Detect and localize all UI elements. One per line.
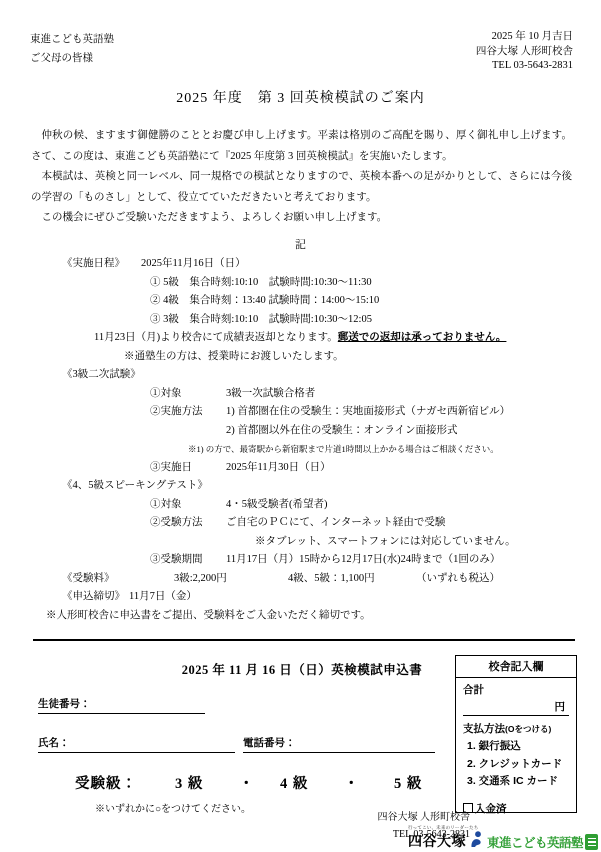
yen-label: 円 <box>555 701 566 713</box>
paid-label: 入金済 <box>475 801 507 816</box>
toshin-mascot-icon <box>585 834 598 850</box>
deadline-label: 《申込締切》 <box>62 588 129 607</box>
greeting-text: 仲秋の候、ますます御健勝のこととお慶び申し上げます。平素は格別のご高配を賜り、厚… <box>31 126 572 229</box>
org-name: 東進こども英語塾 <box>30 30 114 49</box>
ki-marker: 記 <box>0 236 601 252</box>
campus-name: 四谷大塚 人形町校舎 <box>476 45 573 60</box>
student-number-field: 生徒番号： <box>38 696 205 714</box>
campus-tel: TEL 03-5643-2831 <box>476 59 573 74</box>
form-title: 2025 年 11 月 16 日（日）英検模試申込書 <box>100 660 504 678</box>
schedule-date: 2025年11月16日（日） <box>141 258 246 269</box>
letter-header: 東進こども英語塾 ご父母の皆様 2025 年 10 月吉日 四谷大塚 人形町校舎… <box>30 30 573 74</box>
document-page: 東進こども英語塾 ご父母の皆様 2025 年 10 月吉日 四谷大塚 人形町校舎… <box>0 0 601 852</box>
total-label: 合計 <box>463 682 569 697</box>
secondary-exam-heading: 《3級二次試験》 <box>62 366 601 385</box>
sender-block: 東進こども英語塾 ご父母の皆様 <box>30 30 114 74</box>
toshin-kids-logo: 東進こども英語塾 <box>487 833 598 851</box>
grade-option-4: 4 級 <box>280 772 344 793</box>
row-value: 3級一次試験合格者 <box>226 388 315 399</box>
paragraph: 仲秋の候、ますます御健勝のこととお慶び申し上げます。平素は格別のご高配を賜り、厚… <box>31 126 572 167</box>
row-value: 4・5級受験者(希望者) <box>226 499 328 510</box>
secondary-method-row: ②実施方法1) 首都圏在住の受験生：実地面接形式（ナガセ西新宿ビル） <box>150 403 601 422</box>
result-return-row: 11月23日（月)より校舎にて成績表返却となります。郵送での返却は承っておりませ… <box>94 329 601 348</box>
grade-label: 受験級： <box>75 772 175 793</box>
yotsuya-mascot-icon <box>469 831 484 851</box>
secondary-method-note: ※1) の方で、最寄駅から新宿駅まで片道1時間以上かかる場合はご相談ください。 <box>188 440 601 459</box>
deadline-row: 《申込締切》11月7日（金） <box>62 588 601 607</box>
speaking-method-row: ②受験方法ご自宅のＰＣにて、インターネット経由で受験 <box>150 514 601 533</box>
row-value: 2025年11月30日（日） <box>226 462 331 473</box>
payment-method-option: 2. クレジットカード <box>467 756 569 774</box>
phone-label: 電話番号： <box>243 738 296 749</box>
grade-circle-note: ※いずれかに○をつけてください。 <box>95 800 251 815</box>
fee-row: 《受験料》3級:2,200円4級、5級：1,100円（いずれも税込） <box>62 570 601 589</box>
grade-option-5: 5 級 <box>394 776 422 792</box>
row-label: ②実施方法 <box>150 403 226 422</box>
row-value: 1) 首都圏在住の受験生：実地面接形式（ナガセ西新宿ビル） <box>226 406 510 417</box>
student-number-label: 生徒番号： <box>38 699 91 710</box>
phone-field: 電話番号： <box>243 735 435 753</box>
no-mail-return-notice: 郵送での返却は承っておりません。 <box>338 332 507 343</box>
row-label: ③実施日 <box>150 459 226 478</box>
grade-separator: ・ <box>239 772 280 793</box>
speaking-target-row: ①対象4・5級受験者(希望者) <box>150 496 601 515</box>
schedule-label: 《実施日程》 <box>62 255 132 274</box>
speaking-period-row: ③受験期間11月17日（月）15時から12月17日(水)24時まで（1回のみ） <box>150 551 601 570</box>
secondary-method-row-2: 2) 首都圏以外在住の受験生：オンライン面接形式 <box>226 422 601 441</box>
office-box-body: 合計 円 支払方法(Oをつける) 1. 銀行振込 2. クレジットカード 3. … <box>456 678 576 816</box>
issue-date: 2025 年 10 月吉日 <box>476 30 573 45</box>
grade-selection-row: 受験級：3 級・4 級・5 級 <box>75 772 422 793</box>
total-amount-blank: 円 <box>463 697 569 716</box>
paid-checkbox <box>463 803 473 813</box>
grade-option-3: 3 級 <box>175 772 239 793</box>
row-label: ①対象 <box>150 496 226 515</box>
schedule-item: ③ 3級 集合時刻:10:10 試験時間:10:30～12:05 <box>150 311 601 330</box>
paragraph: この機会にぜひご受験いただきますよう、よろしくお願い申し上げます。 <box>31 208 572 229</box>
device-note: ※タブレット、スマートフォンには対応していません。 <box>255 533 601 552</box>
deadline-note: ※人形町校舎に申込書をご提出、受験料をご入金いただく締切です。 <box>46 607 601 626</box>
schedule-row: 《実施日程》2025年11月16日（日） <box>62 255 601 274</box>
name-field: 氏名： <box>38 735 235 753</box>
paragraph: 本模試は、英検と同一レベル、同一規格での模試となりますので、英検本番への足がかり… <box>31 167 572 208</box>
office-box-header: 校舎記入欄 <box>456 656 576 678</box>
schedule-item: ② 4級 集合時刻：13:40 試験時間：14:00～15:10 <box>150 292 601 311</box>
footer-logos: 行ってこい、未来のリーダーたち 四谷大塚 東進こども英語塾 <box>408 825 598 851</box>
secondary-date-row: ③実施日2025年11月30日（日） <box>150 459 601 478</box>
payment-circle-note: (Oをつける) <box>505 724 551 734</box>
addressee: ご父母の皆様 <box>30 49 114 68</box>
schedule-item: ① 5級 集合時刻:10:10 試験時間:10:30～11:30 <box>150 274 601 293</box>
row-label: ③受験期間 <box>150 551 226 570</box>
payment-method-option: 3. 交通系 IC カード <box>467 773 569 791</box>
secondary-target-row: ①対象3級一次試験合格者 <box>150 385 601 404</box>
row-label: ①対象 <box>150 385 226 404</box>
toshin-logotype: 東進こども英語塾 <box>487 833 583 851</box>
grade-separator: ・ <box>344 772 394 793</box>
fee-grade3: 3級:2,200円 <box>174 570 288 589</box>
exam-details: 《実施日程》2025年11月16日（日） ① 5級 集合時刻:10:10 試験時… <box>0 255 601 625</box>
row-label: ②受験方法 <box>150 514 226 533</box>
date-campus-block: 2025 年 10 月吉日 四谷大塚 人形町校舎 TEL 03-5643-283… <box>476 30 573 74</box>
yotsuya-logotype: 四谷大塚 <box>408 831 466 851</box>
deadline-value: 11月7日（金） <box>129 591 197 602</box>
fee-grade45: 4級、5級：1,100円 <box>288 570 416 589</box>
payment-method-option: 1. 銀行振込 <box>467 738 569 756</box>
yotsuya-otsuka-logo: 行ってこい、未来のリーダーたち 四谷大塚 <box>408 825 484 851</box>
row-value: 11月17日（月）15時から12月17日(水)24時まで（1回のみ） <box>226 554 500 565</box>
payment-method-label: 支払方法(Oをつける) <box>463 721 569 736</box>
fee-label: 《受験料》 <box>62 570 174 589</box>
application-form: 2025 年 11 月 16 日（日）英検模試申込書 生徒番号： 氏名： 電話番… <box>0 640 601 852</box>
row-value: ご自宅のＰＣにて、インターネット経由で受験 <box>226 517 445 528</box>
result-return-text: 11月23日（月)より校舎にて成績表返却となります。 <box>94 332 338 343</box>
name-label: 氏名： <box>38 738 70 749</box>
commuter-note: ※通塾生の方は、授業時にお渡しいたします。 <box>124 348 601 367</box>
page-title: 2025 年度 第 3 回英検模試のご案内 <box>0 87 601 107</box>
office-use-box: 校舎記入欄 合計 円 支払方法(Oをつける) 1. 銀行振込 2. クレジットカ… <box>455 655 577 813</box>
speaking-test-heading: 《4、5級スピーキングテスト》 <box>62 477 601 496</box>
paid-row: 入金済 <box>463 801 569 816</box>
fee-tax-note: （いずれも税込） <box>416 573 500 584</box>
